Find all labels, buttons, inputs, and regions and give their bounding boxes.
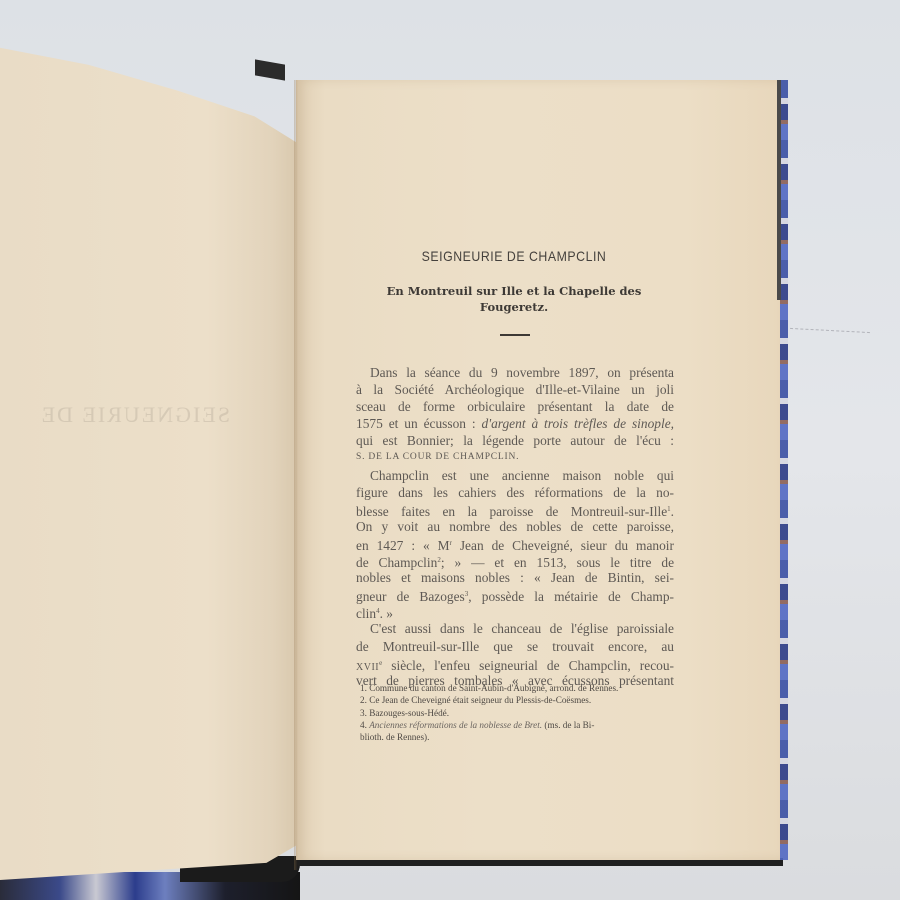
body-line: Champclin est une ancienne maison noble … — [356, 467, 674, 484]
text-run: en 1427 : « M — [356, 538, 450, 553]
bleed-through-text: SEIGNEURIE DE — [0, 402, 230, 432]
cover-edge-dark — [777, 80, 781, 300]
body-line: clin4. » — [356, 603, 674, 620]
text-run: gneur de Bazoges — [356, 589, 465, 604]
surface-mark — [790, 328, 870, 333]
body-line: XVIIe siècle, l'enfeu seigneurial de Cha… — [356, 655, 674, 672]
italic-blazon: d'argent à trois trèfles de sinople, — [482, 416, 674, 431]
text-run: . » — [380, 606, 393, 621]
footnote-2: 2. Ce Jean de Cheveigné était seigneur d… — [360, 694, 672, 706]
body-line: sceau de forme orbiculaire présentant la… — [356, 398, 674, 415]
body-line: figure dans les cahiers des réformations… — [356, 484, 674, 501]
subtitle-line-2: Fougeretz. — [480, 300, 548, 314]
footnote-4: 4. Anciennes réformations de la noblesse… — [360, 719, 672, 731]
text-run: blesse faites en la paroisse de Montreui… — [356, 504, 667, 519]
left-page: SEIGNEURIE DE — [0, 22, 296, 880]
text-run: 1575 et un écusson : — [356, 416, 482, 431]
page-gutter — [294, 80, 298, 870]
footnote-1: 1. Commune du canton de Saint-Aubin-d'Au… — [360, 682, 672, 694]
body-line: qui est Bonnier; la légende porte autour… — [356, 432, 674, 449]
text-run: ; » — et en 1513, sous le titre de — [441, 555, 674, 570]
photo-scene: SEIGNEURIE DE SEIGNEURIE DE CHAMPCLIN En… — [0, 0, 900, 900]
italic-title: Anciennes réformations de la noblesse de… — [369, 720, 542, 730]
subtitle-line-1: En Montreuil sur Ille et la Chapelle des — [387, 284, 642, 298]
footnotes: 1. Commune du canton de Saint-Aubin-d'Au… — [360, 682, 672, 743]
body-line: blesse faites en la paroisse de Montreui… — [356, 501, 674, 518]
body-line: en 1427 : « Mr Jean de Cheveigné, sieur … — [356, 535, 674, 552]
text-run: (ms. de la Bi- — [542, 720, 594, 730]
body-line: On y voit au nombre des nobles de cette … — [356, 518, 674, 535]
seal-legend: S. DE LA COUR DE CHAMPCLIN. — [356, 449, 674, 466]
text-run: Jean de Cheveigné, sieur du manoir — [452, 538, 674, 553]
text-run: clin — [356, 606, 376, 621]
footnote-3: 3. Bazouges-sous-Hédé. — [360, 707, 672, 719]
cover-corner-top — [255, 59, 285, 80]
text-run: siècle, l'enfeu seigneurial de Champclin… — [382, 658, 674, 673]
body-text: Dans la séance du 9 novembre 1897, on pr… — [356, 364, 674, 689]
body-line: nobles et maisons nobles : « Jean de Bin… — [356, 569, 674, 586]
body-line: C'est aussi dans le chanceau de l'église… — [356, 620, 674, 637]
text-run: XVII — [356, 662, 379, 673]
marbled-cover-edge-right — [780, 80, 788, 860]
text-run: , possède la métairie de Champ- — [468, 589, 674, 604]
section-rule — [500, 334, 530, 336]
body-line: de Champclin2; » — et en 1513, sous le t… — [356, 552, 674, 569]
body-line: Dans la séance du 9 novembre 1897, on pr… — [356, 364, 674, 381]
text-run: de Champclin — [356, 555, 437, 570]
text-run: 4. — [360, 720, 369, 730]
page-subtitle: En Montreuil sur Ille et la Chapelle des… — [356, 283, 672, 315]
body-line: de Montreuil-sur-Ille que se trouvait en… — [356, 638, 674, 655]
body-line: 1575 et un écusson : d'argent à trois tr… — [356, 415, 674, 432]
body-line: gneur de Bazoges3, possède la métairie d… — [356, 586, 674, 603]
body-line: à la Société Archéologique d'Ille-et-Vil… — [356, 381, 674, 398]
footnote-4-cont: blioth. de Rennes). — [360, 731, 672, 743]
page-title: SEIGNEURIE DE CHAMPCLIN — [375, 248, 653, 264]
footnote-ref-1: 1 — [667, 505, 671, 513]
